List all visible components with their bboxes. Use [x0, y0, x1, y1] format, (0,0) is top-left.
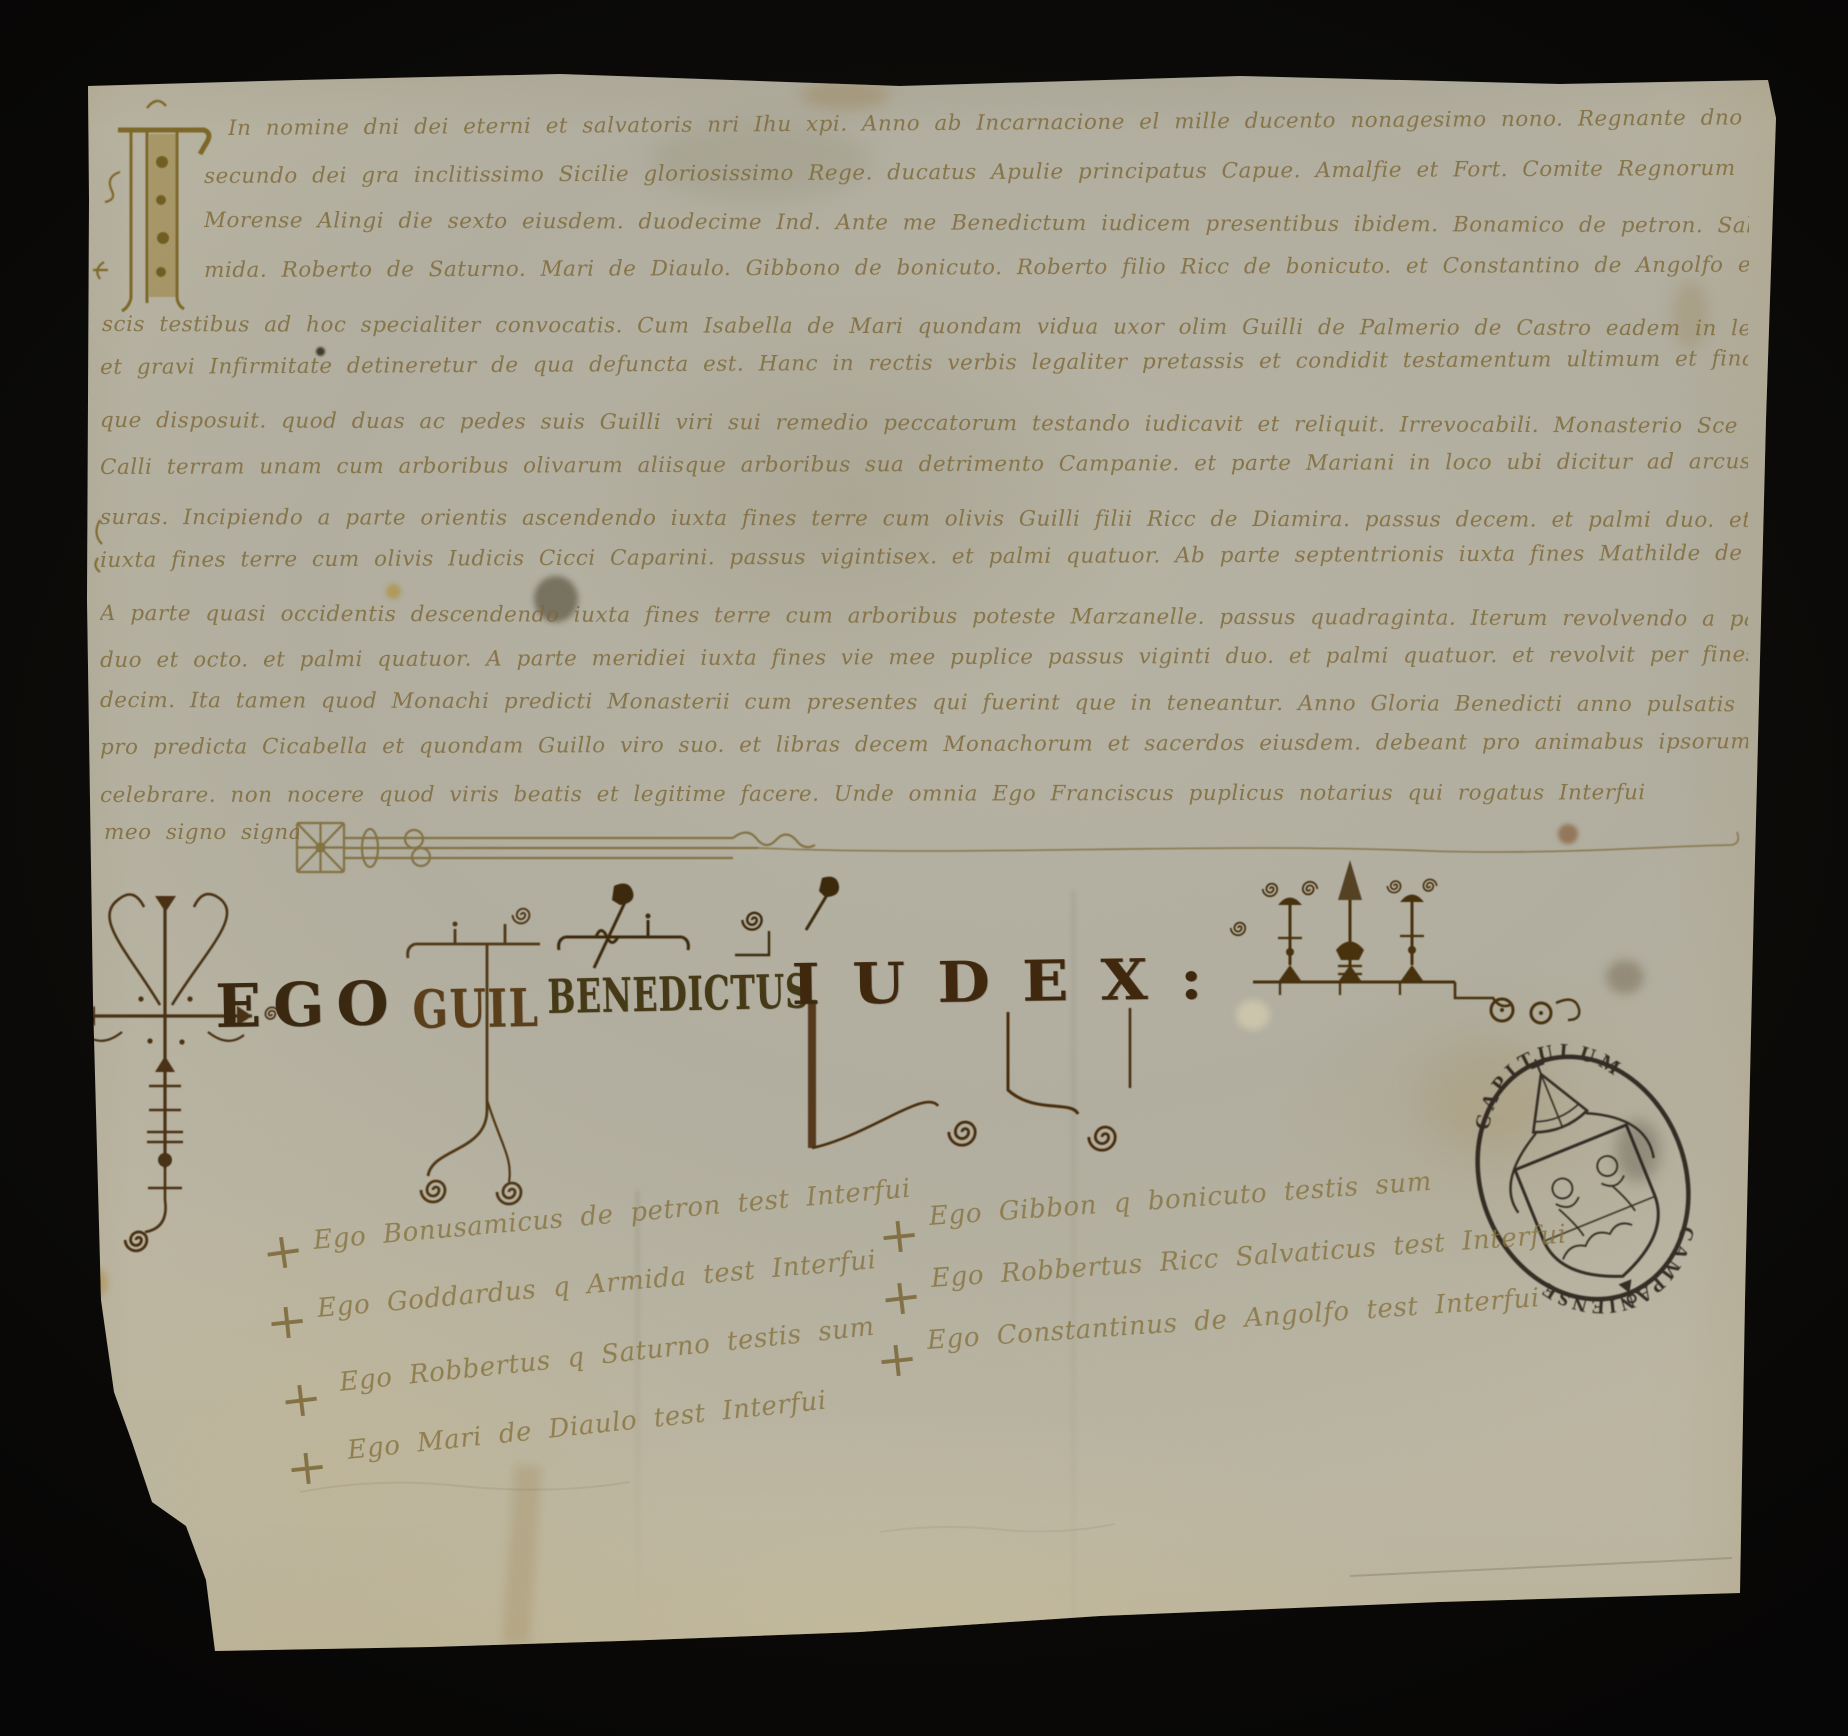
witness-cross-icon: + — [875, 1204, 923, 1266]
signature-word-ego: EGO — [215, 969, 401, 1042]
witness-cross-icon: + — [873, 1328, 921, 1390]
witness-cross-icon: + — [258, 1219, 308, 1282]
charter-line-5: scis testibus ad hoc specialiter convoca… — [102, 312, 1748, 341]
charter-closing-line: meo signo signavi — [104, 820, 299, 845]
witness-cross-icon: + — [877, 1266, 926, 1329]
witness-cross-icon: + — [263, 1290, 311, 1352]
charter-line-9: suras. Incipiendo a parte orientis ascen… — [100, 505, 1748, 533]
parchment-sheet: CAPITULUM CAMPANIENSE — [0, 0, 1848, 1736]
signature-word-name: GUIL — [412, 978, 540, 1041]
witness-cross-icon: + — [277, 1368, 326, 1431]
signature-word-surname: BENEDICTUS — [547, 965, 810, 1025]
manuscript-photo: CAPITULUM CAMPANIENSE — [0, 0, 1848, 1736]
charter-line-13: decim. Ita tamen quod Monachi predicti M… — [100, 688, 1748, 717]
witness-cross-icon: + — [283, 1436, 331, 1498]
signature-word-title: IUDEX: — [791, 946, 1235, 1018]
charter-line-15: celebrare. non nocere quod viris beatis … — [100, 780, 1660, 808]
